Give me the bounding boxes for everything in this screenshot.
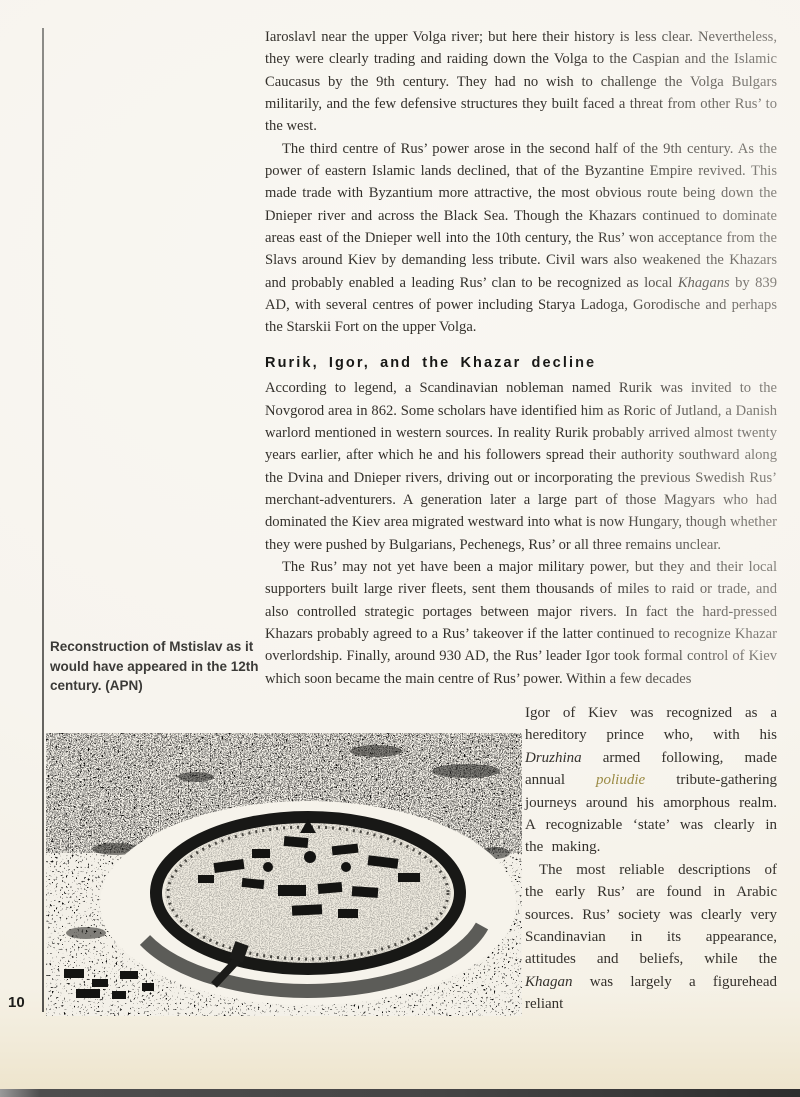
footer-bar — [0, 1089, 800, 1097]
wrapped-text-column: Igor of Kiev was recognized as a heredit… — [525, 702, 777, 1016]
text-run: The third centre of Rus’ power arose in … — [265, 141, 777, 291]
left-margin-rule — [42, 28, 44, 1012]
italic-term: poliudie — [596, 772, 645, 788]
body-paragraph: The third centre of Rus’ power arose in … — [265, 138, 777, 339]
fortress-aerial-svg — [46, 733, 522, 1016]
italic-term: Druzhina — [525, 750, 582, 766]
italic-term: Khagan — [525, 974, 573, 990]
body-paragraph: Igor of Kiev was recognized as a heredit… — [525, 702, 777, 859]
text-run: Igor of Kiev was recognized as a heredit… — [525, 705, 777, 743]
italic-term: Khagans — [678, 275, 730, 291]
text-run: The most reliable descriptions of the ea… — [525, 862, 777, 968]
circular-fortress-illustration — [46, 733, 522, 1016]
section-heading: Rurik, Igor, and the Khazar decline — [265, 352, 777, 374]
body-paragraph: The Rus’ may not yet have been a major m… — [265, 556, 777, 690]
body-paragraph: According to legend, a Scandinavian nobl… — [265, 377, 777, 556]
body-paragraph: The most reliable descriptions of the ea… — [525, 859, 777, 1016]
main-text-column: Iaroslavl near the upper Volga river; bu… — [265, 26, 777, 690]
text-run: Iaroslavl near the upper Volga river; bu… — [265, 29, 777, 134]
body-paragraph: Iaroslavl near the upper Volga river; bu… — [265, 26, 777, 138]
page-number: 10 — [8, 994, 38, 1011]
figure-caption: Reconstruction of Mstislav as it would h… — [50, 637, 270, 696]
scanned-book-page: Iaroslavl near the upper Volga river; bu… — [0, 0, 800, 1097]
after-heading-paragraphs: According to legend, a Scandinavian nobl… — [265, 377, 777, 690]
text-run: According to legend, a Scandinavian nobl… — [265, 380, 777, 552]
lead-paragraphs: Iaroslavl near the upper Volga river; bu… — [265, 26, 777, 339]
text-run: The Rus’ may not yet have been a major m… — [265, 559, 777, 687]
